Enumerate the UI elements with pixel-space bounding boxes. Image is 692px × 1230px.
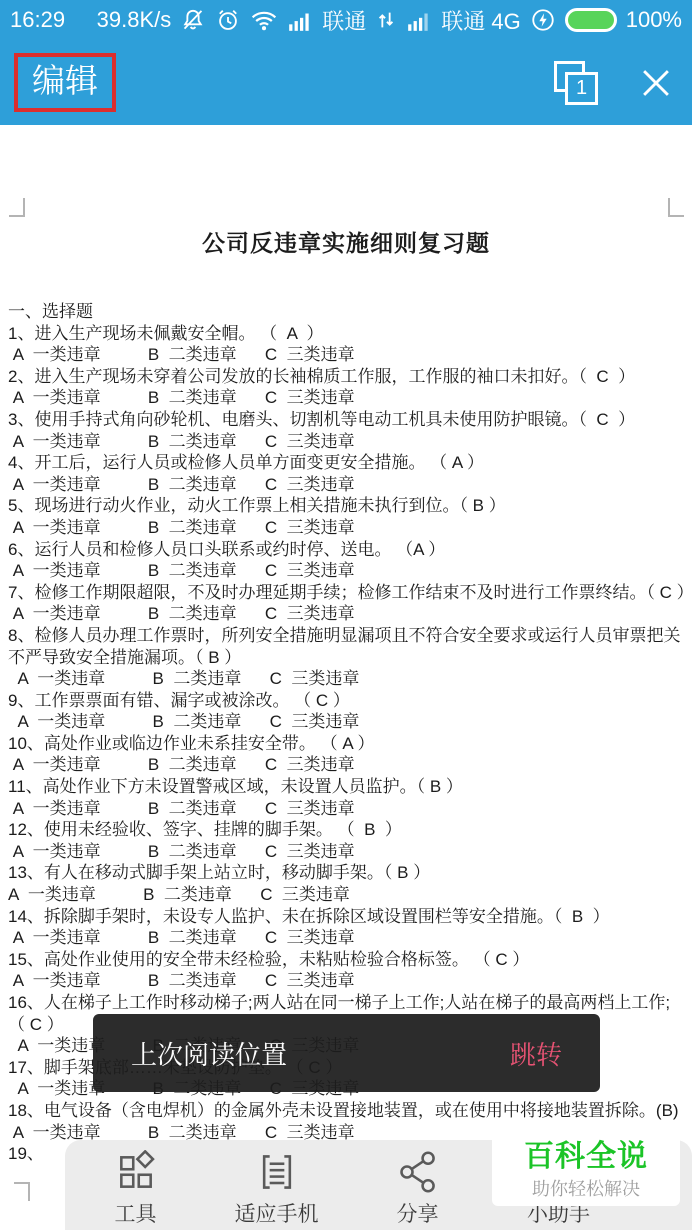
pages-button[interactable]: 1 — [552, 59, 600, 107]
edit-button-label: 编辑 — [32, 62, 98, 99]
toast-message: 上次阅读位置 — [131, 1035, 287, 1072]
last-read-toast: 上次阅读位置 跳转 — [93, 1014, 600, 1092]
alarm-icon — [215, 7, 241, 33]
toolbar-item-label: 适应手机 — [235, 1198, 319, 1228]
carrier-label: 联通 — [322, 5, 366, 36]
document-line: 2、进入生产现场未穿着公司发放的长袖棉质工作服，工作服的袖口未扣好。（ C ） — [8, 366, 686, 388]
carrier-4g-label: 联通 4G — [441, 5, 520, 36]
page-corner-mark — [668, 198, 684, 217]
document-line: A 一类违章 B 二类违章 C 三类违章 — [8, 668, 686, 690]
toolbar-item-label: 分享 — [397, 1198, 439, 1228]
document-line: 9、工作票票面有错、漏字或被涂改。 （ C ） — [8, 690, 686, 712]
document-line: A 一类违章 B 二类违章 C 三类违章 — [8, 387, 686, 409]
document-line: 3、使用手持式角向砂轮机、电磨头、切割机等电动工机具未使用防护眼镜。（ C ） — [8, 409, 686, 431]
toolbar-item-工具[interactable]: 工具 — [65, 1140, 206, 1230]
document-line: 15、高处作业使用的安全带未经检验，未粘贴检验合格标签。 （ C ） — [8, 949, 686, 971]
document-line: A 一类违章 B 二类违章 C 三类违章 — [8, 603, 686, 625]
page-corner-mark — [14, 1182, 30, 1201]
document-line: 13、有人在移动式脚手架上站立时，移动脚手架。（ B ） — [8, 862, 686, 884]
wifi-icon — [250, 7, 278, 33]
data-arrows-icon — [375, 7, 397, 33]
document-line: 1、进入生产现场未佩戴安全帽。 （ A ） — [8, 323, 686, 345]
toolbar-item-适应手机[interactable]: 适应手机 — [206, 1140, 347, 1230]
document-line: A 一类违章 B 二类违章 C 三类违章 — [8, 798, 686, 820]
page-count-badge: 1 — [565, 72, 598, 105]
document-line: A 一类违章 B 二类违章 C 三类违章 — [8, 711, 686, 733]
share-icon — [396, 1150, 440, 1194]
signal-icon — [406, 7, 432, 33]
close-icon — [637, 64, 675, 102]
watermark-logo: 百科全说 助你轻松解决 — [492, 1135, 680, 1206]
document-line: A 一类违章 B 二类违章 C 三类违章 — [8, 474, 686, 496]
document-line: 6、运行人员和检修人员口头联系或约时停、送电。 （A ） — [8, 539, 686, 561]
document-line: A 一类违章 B 二类违章 C 三类违章 — [8, 560, 686, 582]
document-line: 4、开工后，运行人员或检修人员单方面变更安全措施。 （ A ） — [8, 452, 686, 474]
document-line: 7、检修工作期限超限，不及时办理延期手续；检修工作结束不及时进行工作票终结。（ … — [8, 582, 686, 604]
document-line: 8、检修人员办理工作票时，所列安全措施明显漏项且不符合安全要求或运行人员审票把关… — [8, 625, 686, 668]
document-line: A 一类违章 B 二类违章 C 三类违章 — [8, 841, 686, 863]
battery-icon — [565, 8, 617, 32]
charging-icon — [530, 7, 556, 33]
document-line: 14、拆除脚手架时，未设专人监护、未在拆除区域设置围栏等安全措施。（ B ） — [8, 906, 686, 928]
network-speed: 39.8K/s — [97, 7, 172, 33]
document-line: 一、选择题 — [8, 301, 686, 323]
toast-jump-button[interactable]: 跳转 — [510, 1035, 562, 1072]
document-line: 18、电气设备（含电焊机）的金属外壳未设置接地装置，或在使用中将接地装置拆除。(… — [8, 1100, 686, 1122]
document-title: 公司反违章实施细则复习题 — [0, 225, 692, 258]
document-line: A 一类违章 B 二类违章 C 三类违章 — [8, 517, 686, 539]
document-line: A 一类违章 B 二类违章 C 三类违章 — [8, 344, 686, 366]
document-line: A 一类违章 B 二类违章 C 三类违章 — [8, 884, 686, 906]
watermark-title: 百科全说 — [524, 1140, 648, 1173]
toolbar-item-label: 工具 — [115, 1198, 157, 1228]
edit-button[interactable]: 编辑 — [14, 53, 116, 113]
app-header: 编辑 1 — [0, 40, 692, 125]
mute-icon — [180, 7, 206, 33]
signal-icon — [287, 7, 313, 33]
close-button[interactable] — [634, 61, 678, 105]
document-line: A 一类违章 B 二类违章 C 三类违章 — [8, 970, 686, 992]
document-line: 11、高处作业下方未设置警戒区域，未设置人员监护。（ B ） — [8, 776, 686, 798]
document-line: 10、高处作业或临边作业未系挂安全带。 （ A ） — [8, 733, 686, 755]
screen: 16:29 39.8K/s 联通 — [0, 0, 692, 1230]
tools-icon — [114, 1150, 158, 1194]
document-line: 12、使用未经验收、签字、挂牌的脚手架。 （ B ） — [8, 819, 686, 841]
fit-phone-icon — [255, 1150, 299, 1194]
status-bar: 16:29 39.8K/s 联通 — [0, 0, 692, 40]
battery-percent: 100% — [626, 7, 682, 33]
toolbar-item-分享[interactable]: 分享 — [347, 1140, 488, 1230]
status-time: 16:29 — [10, 7, 65, 33]
page-corner-mark — [9, 198, 25, 217]
document-line: 5、现场进行动火作业，动火工作票上相关措施未执行到位。（ B ） — [8, 495, 686, 517]
document-line: A 一类违章 B 二类违章 C 三类违章 — [8, 927, 686, 949]
watermark-subtitle: 助你轻松解决 — [532, 1175, 640, 1201]
document-line: A 一类违章 B 二类违章 C 三类违章 — [8, 431, 686, 453]
document-line: A 一类违章 B 二类违章 C 三类违章 — [8, 754, 686, 776]
